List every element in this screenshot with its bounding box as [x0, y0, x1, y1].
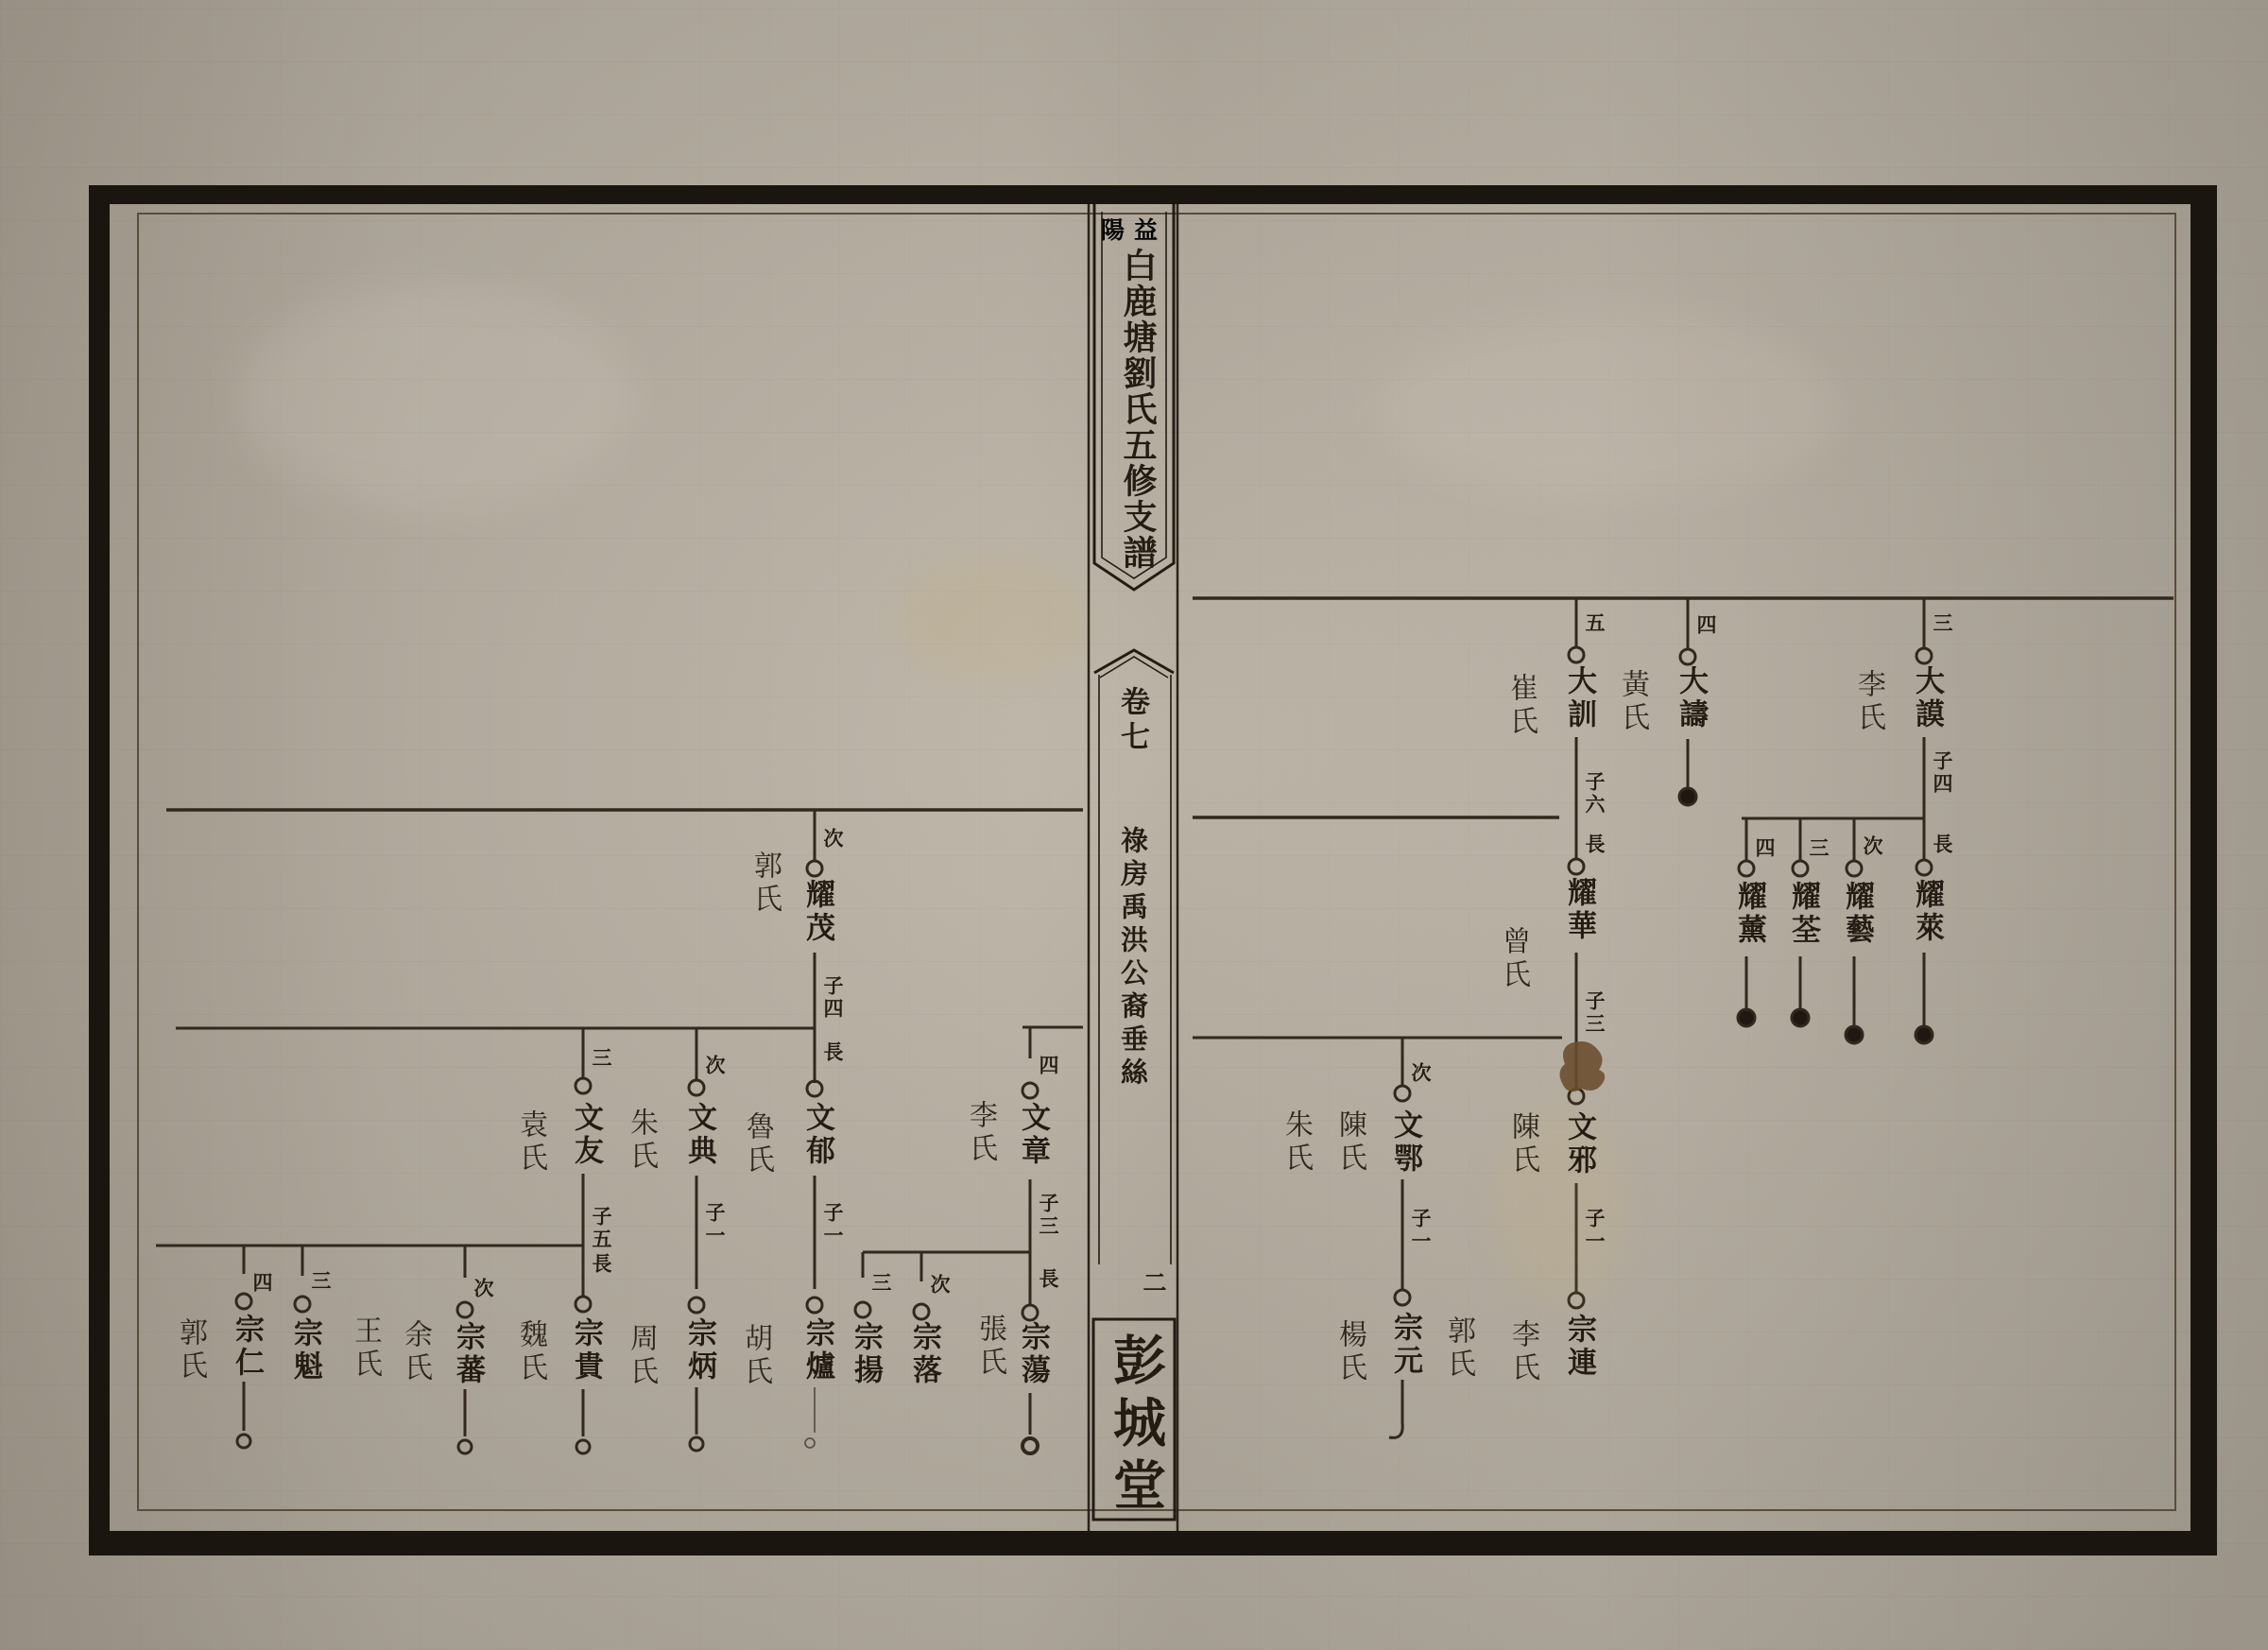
wendian-rank-label: 次: [702, 1055, 725, 1074]
wendian-name: 文典: [679, 1102, 713, 1168]
wenyu-sons-count: 子一: [820, 1202, 843, 1247]
zongyuan-wife: 楊氏: [1332, 1319, 1364, 1385]
zongdang-name: 宗蕩: [1013, 1321, 1047, 1387]
zongyuan-node-circle: [1395, 1290, 1410, 1305]
daxun-wife: 崔氏: [1503, 673, 1535, 739]
zongren-node-circle: [236, 1294, 251, 1309]
yaoyi-end-dot: [1846, 1026, 1863, 1043]
zongkui-node-circle: [295, 1297, 310, 1312]
frame-left-bar: [89, 185, 110, 1555]
zonggui-name: 宗貴: [566, 1317, 600, 1384]
yaoquan-node-circle: [1793, 861, 1808, 876]
wene-wife-2: 朱氏: [1278, 1109, 1310, 1176]
wene-wife-1: 陳氏: [1332, 1109, 1364, 1176]
zongbing-wife: 周氏: [623, 1323, 655, 1389]
zongren-wife: 郭氏: [172, 1317, 204, 1384]
wenyou-node-circle: [576, 1078, 591, 1093]
zongyuan-continuation-hook: [1389, 1423, 1402, 1437]
zonggui-rank-label: 長: [589, 1253, 611, 1273]
frame-right-bar: [2191, 185, 2217, 1555]
zongfan-end-circle: [458, 1440, 472, 1453]
spine-book-title: 白鹿塘劉氏五修支譜: [1113, 248, 1155, 571]
zongyang-name: 宗揚: [846, 1321, 880, 1387]
wenzhang-sons-count: 子三: [1036, 1193, 1058, 1238]
wenxie-name: 文邪: [1559, 1111, 1593, 1177]
yaohua-node-circle: [1569, 859, 1584, 874]
wenxie-sons-count: 子一: [1582, 1208, 1605, 1253]
yaoxun-rank-label: 四: [1752, 837, 1775, 857]
damo-node-circle: [1916, 648, 1932, 663]
damo-name: 大謨: [1907, 665, 1941, 731]
zongren-name: 宗仁: [227, 1314, 261, 1380]
yaohua-name: 耀華: [1559, 877, 1593, 943]
yaomao-wife: 郭氏: [747, 851, 779, 917]
wenyou-wife: 袁氏: [512, 1109, 544, 1176]
yaomao-node-circle: [807, 861, 822, 876]
zongfan-node-circle: [457, 1302, 472, 1317]
yaohua-wife: 曾氏: [1495, 926, 1527, 992]
yaoxun-name: 耀薰: [1729, 881, 1763, 947]
wenyou-sons-count: 子五: [589, 1206, 611, 1251]
yaolai-name: 耀萊: [1907, 879, 1941, 945]
yaolai-node-circle: [1916, 860, 1932, 875]
zonglu-wife: 胡氏: [737, 1323, 769, 1389]
dazhou-name: 大譸: [1671, 665, 1705, 731]
spine-hall-name: 彭城堂: [1106, 1332, 1162, 1520]
zongbing-name: 宗炳: [679, 1317, 713, 1384]
yaoyi-rank-label: 次: [1860, 835, 1882, 855]
yaohua-sons-count: 子三: [1582, 990, 1605, 1036]
wene-rank-label: 次: [1408, 1062, 1431, 1082]
genealogy-spread-page: 益陽 白鹿塘劉氏五修支譜 卷七 祿房禹洪公裔垂絲 二 彭城堂 三 大謨 李氏 子…: [0, 0, 2268, 1650]
yaoxun-node-circle: [1739, 861, 1754, 876]
zonggui-node-circle: [576, 1297, 591, 1312]
yaomao-sons-count: 子四: [820, 975, 843, 1021]
damo-wife: 李氏: [1850, 669, 1882, 735]
wene-sons-count: 子一: [1408, 1208, 1431, 1253]
wene-name: 文鄂: [1385, 1109, 1419, 1176]
yaoquan-end-dot: [1792, 1009, 1809, 1026]
zongdang-wife: 張氏: [971, 1314, 1004, 1380]
spine-folio-number: 二: [1142, 1270, 1165, 1294]
zongfan-wife-1: 余氏: [397, 1319, 429, 1385]
zongluo-node-circle: [914, 1304, 929, 1319]
dazhou-wife: 黃氏: [1614, 669, 1646, 735]
damo-sons-count: 子四: [1930, 750, 1952, 796]
zonglu-continuation-hook: [805, 1438, 815, 1448]
yaoquan-name: 耀荃: [1783, 881, 1817, 947]
dazhou-rank-label: 四: [1693, 614, 1716, 634]
wenyu-rank-label: 長: [820, 1041, 843, 1061]
spine-volume-label: 卷七: [1117, 686, 1146, 756]
wene-node-circle: [1395, 1086, 1410, 1101]
daxun-sons-count: 子六: [1582, 771, 1605, 816]
zonglian-wife-1: 李氏: [1504, 1319, 1537, 1385]
zongfan-rank-label: 次: [471, 1278, 493, 1298]
zongyuan-name: 宗元: [1385, 1312, 1419, 1378]
frame-bottom-bar: [89, 1531, 2217, 1555]
zonglu-node-circle: [807, 1298, 822, 1313]
daxun-node-circle: [1569, 647, 1584, 662]
wendian-node-circle: [689, 1080, 704, 1095]
zongfan-wife-2: 王氏: [347, 1315, 379, 1382]
wenzhang-node-circle: [1022, 1083, 1038, 1098]
wenxie-wife: 陳氏: [1504, 1111, 1537, 1177]
zongbing-end-circle: [690, 1437, 703, 1451]
zonglu-name: 宗爐: [798, 1317, 832, 1384]
wenyu-node-circle: [807, 1081, 822, 1096]
spine-section-title: 祿房禹洪公裔垂絲: [1119, 826, 1146, 1091]
yaomao-name: 耀茂: [798, 879, 832, 945]
zongren-rank-label: 四: [249, 1272, 272, 1292]
zongyang-node-circle: [855, 1302, 870, 1317]
zongdang-rank-label: 長: [1036, 1268, 1058, 1288]
zongdang-node-circle: [1022, 1305, 1038, 1320]
yaolai-end-dot: [1916, 1026, 1933, 1043]
yaohua-rank-label: 長: [1582, 834, 1605, 853]
yaoyi-name: 耀藝: [1837, 881, 1871, 947]
zongkui-name: 宗魁: [285, 1317, 319, 1384]
wenyu-wife: 魯氏: [739, 1111, 771, 1177]
zonglian-wife-2: 郭氏: [1440, 1315, 1472, 1382]
wendian-sons-count: 子一: [702, 1202, 725, 1247]
damo-rank-label: 三: [1930, 612, 1952, 632]
zongkui-rank-label: 三: [308, 1270, 331, 1290]
zongyang-rank-label: 三: [868, 1272, 891, 1292]
zonglian-node-circle: [1569, 1293, 1584, 1308]
spine-place-label: 益陽: [1100, 212, 1168, 246]
zongdang-end-circle: [1022, 1438, 1038, 1453]
wenyu-name: 文郁: [798, 1102, 832, 1168]
wenzhang-name: 文章: [1013, 1102, 1047, 1168]
dazhou-node-circle: [1680, 649, 1695, 664]
zongbing-node-circle: [689, 1298, 704, 1313]
yaoyi-node-circle: [1847, 861, 1862, 876]
wenzhang-wife: 李氏: [962, 1100, 994, 1166]
yaolai-rank-label: 長: [1930, 834, 1952, 853]
daxun-name: 大訓: [1559, 665, 1593, 731]
zongluo-rank-label: 次: [927, 1274, 950, 1294]
yaomao-rank-label: 次: [820, 828, 843, 848]
ink-stain-blob: [1559, 1041, 1605, 1091]
wenzhang-rank-label: 四: [1036, 1055, 1058, 1074]
dazhou-end-dot: [1679, 788, 1696, 805]
zongluo-name: 宗落: [904, 1321, 938, 1387]
zonggui-end-circle: [576, 1440, 590, 1453]
zonglian-name: 宗連: [1559, 1314, 1593, 1380]
daxun-rank-label: 五: [1582, 612, 1605, 632]
yaoxun-end-dot: [1738, 1009, 1755, 1026]
yaoquan-rank-label: 三: [1806, 837, 1829, 857]
zonggui-wife: 魏氏: [512, 1319, 544, 1385]
spine-middle-box-roof: [1094, 650, 1174, 673]
wenyou-rank-label: 三: [589, 1047, 611, 1067]
wenyou-name: 文友: [566, 1102, 600, 1168]
zongren-end-circle: [237, 1435, 250, 1448]
frame-top-bar: [89, 185, 2217, 204]
wendian-wife: 朱氏: [623, 1108, 655, 1174]
zongfan-name: 宗蕃: [448, 1321, 482, 1387]
